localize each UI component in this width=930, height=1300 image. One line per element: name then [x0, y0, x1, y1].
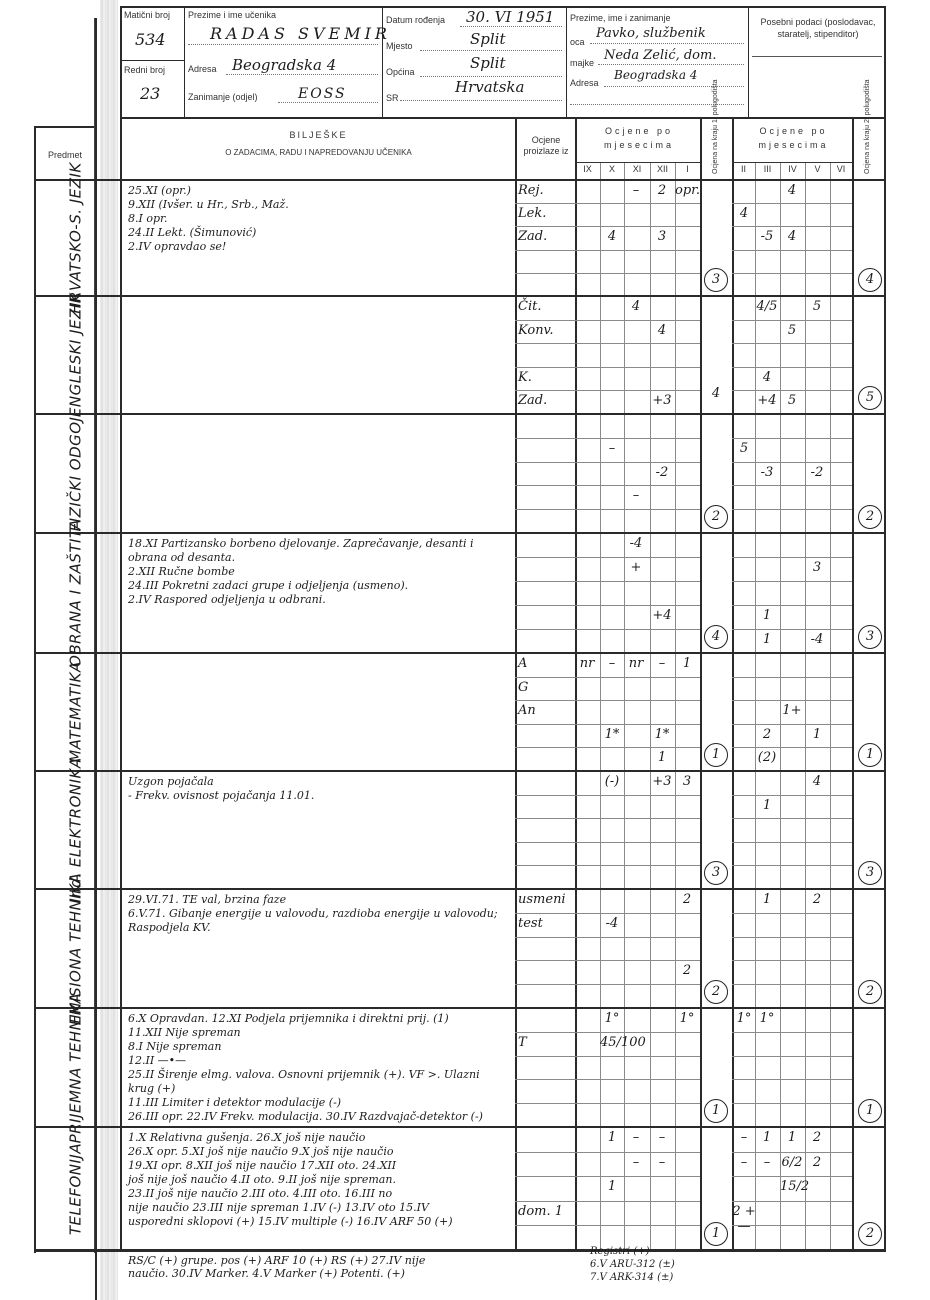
grade-mark: 1 — [755, 608, 779, 623]
month-label-x: X — [600, 164, 624, 174]
subject-notes: Uzgon pojačala- Frekv. ovisnost pojačanj… — [128, 775, 508, 803]
sub-row-line — [732, 320, 852, 321]
subject-row-border — [34, 295, 886, 297]
note-line: 12.II —•— — [128, 1054, 508, 1068]
grade-source: usmeni — [518, 892, 573, 907]
sub-row-line — [515, 960, 700, 961]
grade-mark: 1 — [600, 1179, 624, 1194]
sub-row-line — [515, 1032, 700, 1033]
subject-notes: 18.XI Partizansko borbeno djelovanje. Za… — [128, 537, 508, 607]
note-line: 11.III Limiter i detektor modulacije (-) — [128, 1096, 508, 1110]
final-grade-2: 2 — [858, 505, 882, 529]
sub-row-line — [732, 1079, 852, 1080]
proizlaze-header: Ocjene proizlaze iz — [517, 135, 575, 157]
grade-mark: – — [624, 1130, 648, 1145]
note-line: Uzgon pojačala — [128, 775, 508, 789]
subject-notes: 6.X Opravdan. 12.XI Podjela prijemnika i… — [128, 1012, 508, 1124]
sub-row-line — [515, 795, 700, 796]
zanimanje-label-text: Zanimanje (odjel) — [188, 92, 258, 102]
final-grade-1: 3 — [704, 268, 728, 292]
final-grade-1: 2 — [704, 980, 728, 1004]
sub-row-line — [732, 937, 852, 938]
dotline — [420, 76, 562, 77]
sub-row-line — [515, 913, 700, 914]
grade-mark: -4 — [600, 916, 624, 931]
final-grade-1: 4 — [704, 386, 728, 401]
month-column-line — [624, 162, 625, 1250]
note-line: 18.XI Partizansko borbeno djelovanje. Za… — [128, 537, 508, 565]
note-line: 19.XI opr. 8.XII još nije naučio 17.XII … — [128, 1159, 508, 1173]
grade-source: G — [518, 680, 573, 695]
grade-mark: 1 — [805, 727, 829, 742]
sub-row-line — [515, 462, 700, 463]
sub-row-line — [515, 1103, 700, 1104]
month-column-line — [675, 162, 676, 1250]
zanimanje-value: EOSS — [298, 86, 347, 102]
note-line: 8.I opr. — [128, 212, 508, 226]
ime-value: RADAS SVEMIR — [210, 24, 391, 43]
grade-mark: (-) — [600, 774, 624, 789]
dotline — [278, 102, 378, 103]
dotline — [400, 100, 562, 101]
note-line: 2.IV opravdao se! — [128, 240, 508, 254]
right-border — [884, 6, 886, 1251]
grade-source: Zad. — [518, 229, 573, 244]
sub-row-line — [515, 677, 700, 678]
column-border — [700, 117, 702, 1250]
note-line: 26.X opr. 5.XI još nije naučio 9.X još n… — [128, 1145, 508, 1159]
sub-row-line — [732, 203, 852, 204]
note-line: 6.V.71. Gibanje energije u valovodu, raz… — [128, 907, 508, 935]
sub-row-line — [732, 700, 852, 701]
datum-value: 30. VI 1951 — [466, 8, 554, 26]
grade-mark: 1 — [650, 750, 674, 765]
sep — [748, 6, 749, 118]
sub-row-line — [732, 747, 852, 748]
sub-row-line — [732, 865, 852, 866]
final-grade-2: 1 — [858, 1099, 882, 1123]
subject-row-border — [34, 413, 886, 415]
subject-row-border — [34, 770, 886, 772]
grade-mark: 1° — [675, 1011, 699, 1026]
subject-cell-6: EMISIONA TEHNIKA — [36, 889, 116, 1008]
grade-mark: 4 — [600, 229, 624, 244]
grade-mark: 1 — [755, 892, 779, 907]
sub-row-line — [732, 273, 852, 274]
grade-mark: 4/5 — [755, 299, 779, 314]
grade-mark: 3 — [650, 229, 674, 244]
grade-mark: (2) — [755, 750, 779, 765]
sub-row-line — [515, 1056, 700, 1057]
grade-source: dom. 1 — [518, 1204, 573, 1219]
month-label-ix: IX — [575, 164, 600, 174]
datum-label: Datum rođenja — [386, 15, 445, 25]
grade-mark: +4 — [755, 393, 779, 408]
grade-mark: 2 — [650, 183, 674, 198]
redni-broj-label: Redni broj — [124, 65, 165, 75]
grade-mark: – — [600, 656, 624, 671]
opcina-value: Split — [470, 54, 506, 72]
kraj-2-header: Ocjena na kraju 2. polugodišta — [864, 114, 872, 174]
sep — [120, 60, 184, 61]
grade-mark: 45/100 — [600, 1035, 624, 1050]
kraj-1-header: Ocjena na kraju 1. polugodišta — [712, 114, 720, 174]
month-label-i: I — [675, 164, 700, 174]
subject-notes: 29.VI.71. TE val, brzina faze6.V.71. Gib… — [128, 893, 508, 935]
grade-mark: +3 — [650, 393, 674, 408]
month-label-ii: II — [732, 164, 755, 174]
subject-row-border — [34, 1126, 886, 1128]
grade-source: Rej. — [518, 183, 573, 198]
subject-name: ENGLESKI JEZIK — [68, 293, 85, 417]
grade-mark: -4 — [805, 632, 829, 647]
subject-row-border — [34, 1007, 886, 1009]
grade-mark: – — [650, 1155, 674, 1170]
final-grade-2: 3 — [858, 861, 882, 885]
sub-row-line — [515, 250, 700, 251]
grade-source: K. — [518, 370, 573, 385]
grade-mark: 2 — [805, 1130, 829, 1145]
subject-name: TELEFONIJA — [68, 1142, 85, 1234]
sub-row-line — [732, 343, 852, 344]
note-line: 25.XI (opr.) — [128, 184, 508, 198]
month-label-v: V — [805, 164, 830, 174]
subject-cell-7: PRIJEMNA TEHNIKA — [36, 1008, 116, 1127]
grade-mark: 1+ — [780, 703, 804, 718]
note-line: 24.II Lekt. (Šimunović) — [128, 226, 508, 240]
sub-row-line — [732, 629, 852, 630]
roditelji-adresa-value: Beogradska 4 — [614, 68, 697, 82]
dotline — [188, 44, 378, 45]
grade-source: An — [518, 703, 573, 718]
final-grade-1: 1 — [704, 1222, 728, 1246]
note-line: 26.III opr. 22.IV Frekv. modulacija. 30.… — [128, 1110, 508, 1124]
final-grade-1: 1 — [704, 1099, 728, 1123]
sub-row-line — [515, 1079, 700, 1080]
grade-mark: 5 — [780, 393, 804, 408]
table-left-border — [120, 117, 122, 1252]
grade-mark: 1* — [600, 727, 624, 742]
grade-mark: – — [732, 1155, 756, 1170]
dotline — [590, 43, 744, 44]
note-line: 25.II Širenje elmg. valova. Osnovni prij… — [128, 1068, 508, 1096]
column-border — [575, 117, 577, 1250]
final-grade-2: 1 — [858, 743, 882, 767]
mjeseci-header-2: Ocjene po mjesecima — [735, 124, 852, 152]
sep — [566, 6, 567, 118]
dotline — [420, 50, 562, 51]
grade-mark: -3 — [755, 465, 779, 480]
extra-notes: RS/C (+) grupe. pos (+) ARF 10 (+) RS (+… — [128, 1254, 568, 1280]
opcina-label: Općina — [386, 67, 415, 77]
grade-mark: -2 — [805, 465, 829, 480]
sub-row-line — [732, 226, 852, 227]
note-line: 24.III Pokretni zadaci grupe i odjeljenj… — [128, 579, 508, 593]
grade-mark: 2 — [675, 892, 699, 907]
header-row-bottom — [34, 179, 886, 181]
note-line: 11.XII Nije spreman — [128, 1026, 508, 1040]
ime-label: Prezime i ime učenika — [188, 10, 276, 20]
grade-source: Zad. — [518, 393, 573, 408]
sub-row-line — [515, 605, 700, 606]
grade-mark: nr — [575, 656, 599, 671]
sub-row-line — [732, 1152, 852, 1153]
grade-mark: 2 — [675, 963, 699, 978]
note-line: još nije još naučio 4.II oto. 9.II još n… — [128, 1173, 508, 1187]
final-grade-2: 2 — [858, 980, 882, 1004]
column-border — [732, 117, 734, 1250]
grade-mark: 4 — [780, 183, 804, 198]
sub-row-line — [732, 557, 852, 558]
sub-row-line — [515, 203, 700, 204]
subject-cell-5: Ind. ELEKTRONIKA — [36, 771, 116, 889]
grade-mark: 5 — [732, 441, 756, 456]
month-header-line — [575, 162, 700, 163]
grade-mark: – — [650, 1130, 674, 1145]
month-column-line — [830, 162, 831, 1250]
sub-row-line — [515, 320, 700, 321]
sub-row-line — [515, 343, 700, 344]
sub-row-line — [515, 724, 700, 725]
grade-mark: – — [624, 1155, 648, 1170]
grade-mark: 1 — [755, 1130, 779, 1145]
grade-mark: 4 — [755, 370, 779, 385]
subject-cell-4: MATEMATIKA — [36, 653, 116, 771]
sub-row-line — [732, 1103, 852, 1104]
sep — [184, 6, 185, 118]
sub-row-line — [732, 390, 852, 391]
oca-label: oca — [570, 37, 585, 47]
subject-name: PRIJEMNA TEHNIKA — [68, 992, 85, 1143]
sr-value: Hrvatska — [455, 78, 524, 96]
roditelji-label: Prezime, ime i zanimanje — [570, 13, 671, 23]
note-line: 29.VI.71. TE val, brzina faze — [128, 893, 508, 907]
sep — [382, 6, 383, 118]
subject-notes: 1.X Relativna gušenja. 26.X još nije nau… — [128, 1131, 508, 1229]
grade-mark: 1* — [650, 727, 674, 742]
subject-name: OBRANA I ZAŠTITA — [68, 519, 85, 667]
subject-row-border — [34, 888, 886, 890]
sub-row-line — [515, 509, 700, 510]
grade-mark: – — [732, 1130, 756, 1145]
sub-row-line — [732, 724, 852, 725]
sub-row-line — [515, 1225, 700, 1226]
sub-row-line — [732, 677, 852, 678]
adresa-value: Beogradska 4 — [232, 56, 336, 74]
final-grade-1: 3 — [704, 861, 728, 885]
note-line: 6.V ARU-312 (±) — [590, 1258, 675, 1271]
note-line: 2.IV Raspored odjeljenja u odbrani. — [128, 593, 508, 607]
grade-mark: +4 — [650, 608, 674, 623]
sub-row-line — [515, 273, 700, 274]
sub-row-line — [515, 1152, 700, 1153]
month-label-xi: XI — [624, 164, 650, 174]
sub-row-line — [732, 605, 852, 606]
sub-row-line — [515, 1176, 700, 1177]
sub-row-line — [732, 581, 852, 582]
sub-row-line — [732, 842, 852, 843]
predmet-top-border — [34, 126, 96, 128]
grade-mark: -5 — [755, 229, 779, 244]
grade-mark: 3 — [675, 774, 699, 789]
sub-row-line — [732, 795, 852, 796]
grade-source: A — [518, 656, 573, 671]
grade-mark: 1° — [755, 1011, 779, 1026]
grade-mark: + — [624, 560, 648, 575]
majke-label: majke — [570, 58, 594, 68]
sub-row-line — [515, 367, 700, 368]
dotline — [226, 74, 378, 75]
final-grade-1: 4 — [704, 625, 728, 649]
grade-mark: – — [755, 1155, 779, 1170]
sub-row-line — [732, 1032, 852, 1033]
sub-row-line — [732, 1201, 852, 1202]
sub-row-line — [732, 818, 852, 819]
sub-row-line — [515, 842, 700, 843]
subject-row-border — [34, 532, 886, 534]
note-line: 8.I Nije spreman — [128, 1040, 508, 1054]
sub-row-line — [515, 581, 700, 582]
column-border — [515, 117, 517, 1250]
grade-mark: 4 — [624, 299, 648, 314]
note-line: naučio. 30.IV Marker. 4.V Marker (+) Pot… — [128, 1267, 568, 1280]
note-line: 6.X Opravdan. 12.XI Podjela prijemnika i… — [128, 1012, 508, 1026]
grade-mark: 1 — [780, 1130, 804, 1145]
note-line: 23.II još nije naučio 2.III oto. 4.III o… — [128, 1187, 508, 1201]
grade-mark: -4 — [624, 536, 648, 551]
grade-mark: -2 — [650, 465, 674, 480]
subject-notes: 25.XI (opr.)9.XII (Ivšer. u Hr., Srb., M… — [128, 184, 508, 254]
grade-mark: 4 — [732, 206, 756, 221]
grade-mark: 4 — [780, 229, 804, 244]
header-bottom-border — [120, 117, 886, 119]
sub-row-line — [732, 509, 852, 510]
subject-name: MATEMATIKA — [68, 661, 85, 763]
grade-source: Lek. — [518, 206, 573, 221]
sub-row-line — [732, 250, 852, 251]
subject-cell-3: OBRANA I ZAŠTITA — [36, 533, 116, 653]
oca-value: Pavko, službenik — [596, 26, 706, 41]
month-column-line — [755, 162, 756, 1250]
roditelji-adresa-label: Adresa — [570, 78, 599, 88]
sub-row-line — [732, 367, 852, 368]
month-column-line — [805, 162, 806, 1250]
month-label-xii: XII — [650, 164, 675, 174]
grade-mark: opr. — [675, 183, 699, 198]
grade-mark: – — [624, 488, 648, 503]
dotline — [604, 86, 744, 87]
adresa-label: Adresa — [188, 64, 217, 74]
left-border-top — [120, 6, 122, 118]
final-grade-1: 2 — [704, 505, 728, 529]
sub-row-line — [515, 1201, 700, 1202]
final-grade-2: 4 — [858, 268, 882, 292]
sub-row-line — [732, 1176, 852, 1177]
biljeske-subtitle: O ZADACIMA, RADU I NAPREDOVANJU UČENIKA — [122, 148, 515, 157]
grade-mark: 1° — [732, 1011, 756, 1026]
final-grade-2: 3 — [858, 625, 882, 649]
sep — [752, 56, 882, 57]
grade-mark: 15/2 — [780, 1179, 804, 1194]
grade-source: T — [518, 1035, 573, 1050]
sub-row-line — [515, 818, 700, 819]
posebni-podaci-label: Posebni podaci (poslodavac, staratelj, s… — [755, 16, 881, 40]
subject-cell-2: FIZIČKI ODGOJ — [36, 414, 116, 533]
grade-mark: +3 — [650, 774, 674, 789]
mjesto-value: Split — [470, 30, 506, 48]
sub-row-line — [515, 226, 700, 227]
sub-row-line — [515, 557, 700, 558]
subject-cell-8: TELEFONIJA — [36, 1127, 116, 1250]
grade-mark: nr — [624, 656, 648, 671]
grade-mark: 2 — [805, 892, 829, 907]
grade-source: Konv. — [518, 323, 573, 338]
side-notes: Registri (+)6.V ARU-312 (±)7.V ARK-314 (… — [590, 1245, 675, 1284]
note-line: 9.XII (Ivšer. u Hr., Srb., Maž. — [128, 198, 508, 212]
redni-broj-value: 23 — [140, 84, 160, 103]
month-header-line — [732, 162, 852, 163]
note-line: usporedni sklopovi (+) 15.IV multiple (-… — [128, 1215, 508, 1229]
final-grade-2: 2 — [858, 1222, 882, 1246]
note-line: nije naučio 23.III nije spreman 1.IV (-)… — [128, 1201, 508, 1215]
month-label-iv: IV — [780, 164, 805, 174]
grade-mark: 1 — [755, 798, 779, 813]
sub-row-line — [732, 984, 852, 985]
grade-mark: – — [650, 656, 674, 671]
month-label-vi: VI — [830, 164, 852, 174]
sub-row-line — [515, 865, 700, 866]
grade-mark: 2 +— — [732, 1204, 756, 1234]
sub-row-line — [732, 960, 852, 961]
dotline — [598, 64, 744, 65]
grade-mark: 1° — [600, 1011, 624, 1026]
sub-row-line — [515, 937, 700, 938]
column-border — [852, 117, 854, 1250]
sub-row-line — [515, 629, 700, 630]
sub-row-line — [732, 1056, 852, 1057]
sub-row-line — [515, 984, 700, 985]
grade-mark: 4 — [805, 774, 829, 789]
subject-row-border — [34, 652, 886, 654]
sub-row-line — [732, 462, 852, 463]
subject-cell-0: HRVATSKO-S. JEZIK — [36, 180, 116, 296]
subject-row-border — [34, 1249, 886, 1251]
dotline — [460, 26, 562, 27]
month-label-iii: III — [755, 164, 780, 174]
note-line: 2.XII Ručne bombe — [128, 565, 508, 579]
sub-row-line — [732, 438, 852, 439]
sub-row-line — [515, 390, 700, 391]
subject-cell-1: ENGLESKI JEZIK — [36, 296, 116, 414]
grade-mark: 6/2 — [780, 1155, 804, 1170]
sub-row-line — [515, 438, 700, 439]
mjeseci-header-1: Ocjene po mjesecima — [578, 124, 700, 152]
final-grade-2: 5 — [858, 386, 882, 410]
note-line: Registri (+) — [590, 1245, 675, 1258]
note-line: RS/C (+) grupe. pos (+) ARF 10 (+) RS (+… — [128, 1254, 568, 1267]
maticni-broj-label: Matični broj — [124, 10, 170, 20]
majke-value: Neda Zelić, dom. — [604, 48, 716, 63]
grade-mark: 1 — [675, 656, 699, 671]
grade-mark: 1 — [755, 632, 779, 647]
grade-source: test — [518, 916, 573, 931]
grade-mark: 5 — [780, 323, 804, 338]
grade-mark: 1 — [600, 1130, 624, 1145]
sub-row-line — [515, 700, 700, 701]
grade-source: Čit. — [518, 299, 573, 314]
grade-mark: – — [624, 183, 648, 198]
mjesto-label: Mjesto — [386, 41, 413, 51]
